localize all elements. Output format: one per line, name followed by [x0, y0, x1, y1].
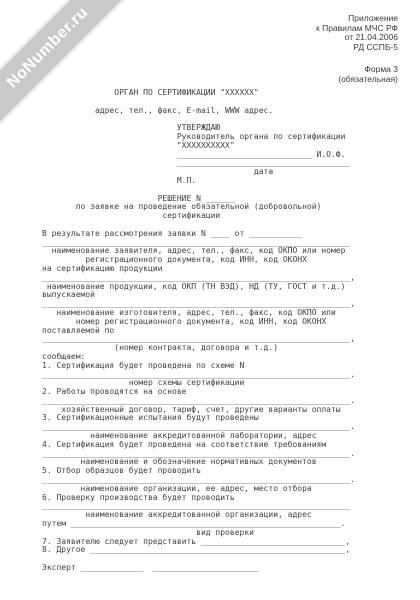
watermark-text: NoNumber.ru — [4, 4, 92, 92]
form-designation-block: Форма 3(обязательная) — [316, 65, 398, 84]
document-line: ОРГАН ПО СЕРТИФИКАЦИИ "XXXXXX" — [42, 89, 355, 98]
header-line: РД ССПБ-5 — [316, 43, 398, 53]
form-designation-line: (обязательная) — [316, 75, 398, 85]
document-line: адрес, тел., факс, E-mail, WWW адрес. — [42, 107, 355, 116]
document-line: Эксперт _____________ __________________… — [42, 564, 355, 573]
document-body: ОРГАН ПО СЕРТИФИКАЦИИ "XXXXXX" адрес, те… — [42, 89, 355, 573]
header-annotation: Приложениек Правилам МЧС РФот 21.04.2006… — [316, 14, 398, 85]
document-line: М.П. — [42, 177, 355, 186]
document-line: (номер контракта, договора и т.д.) — [42, 344, 355, 353]
header-approval-block: Приложениек Правилам МЧС РФот 21.04.2006… — [316, 14, 398, 52]
document-page: NoNumber.ru Приложениек Правилам МЧС РФо… — [0, 0, 420, 600]
document-line: сертификации — [42, 212, 355, 221]
document-line: 8. Другое ______________________________… — [42, 546, 355, 555]
